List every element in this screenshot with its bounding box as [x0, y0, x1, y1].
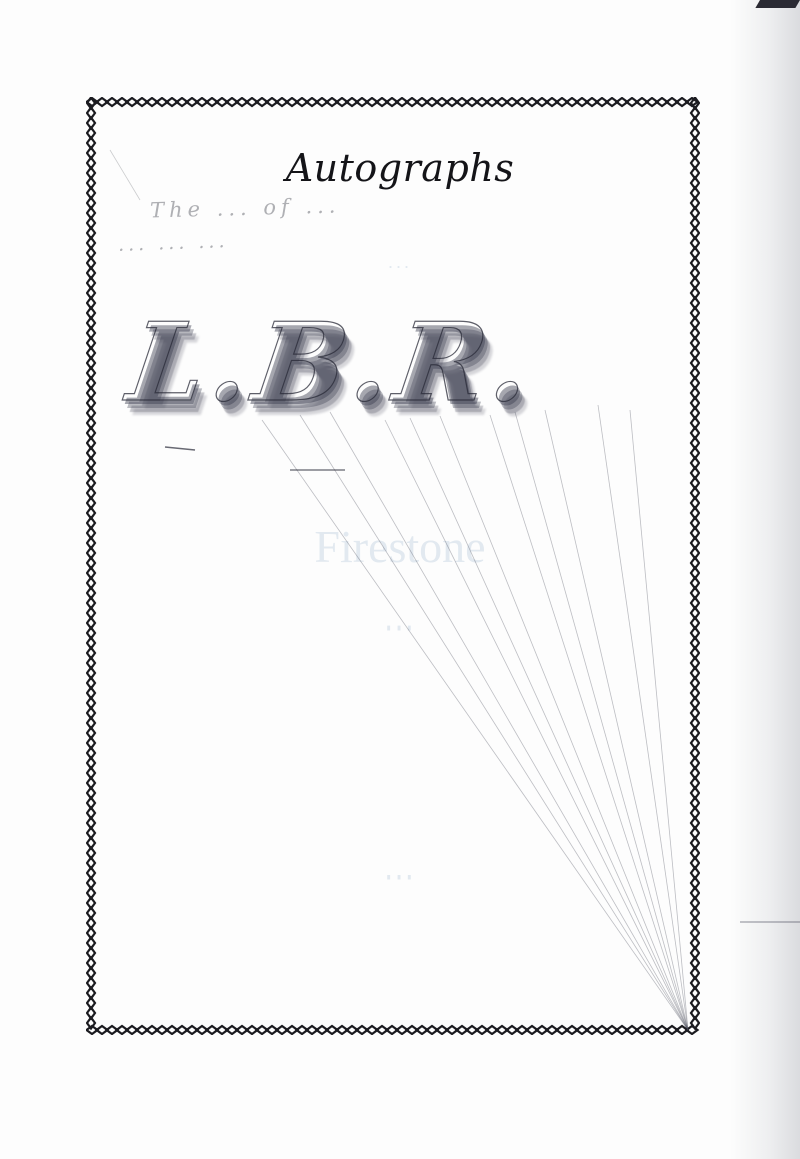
pencil-note-line-1: The ... of ...: [150, 194, 341, 223]
scanned-page: ... Firestone ... ... Autographs The ...…: [0, 0, 800, 1159]
scan-corner-mark: [755, 0, 800, 8]
pencil-monogram: L.B.R.: [121, 300, 659, 426]
page-heading: Autographs: [0, 146, 800, 190]
pencil-note-line-2: ... ... ...: [118, 230, 229, 256]
